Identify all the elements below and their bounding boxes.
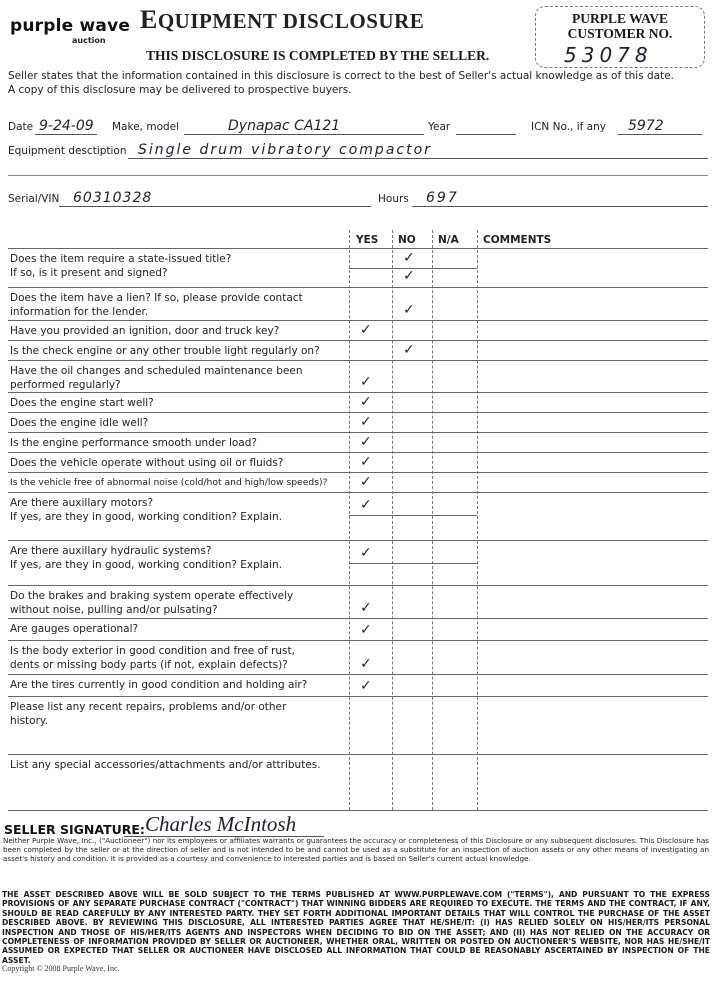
date-field[interactable]: 9-24-09 — [35, 118, 97, 135]
question-text: Is the engine performance smooth under l… — [10, 436, 257, 450]
check-mark-icon: ✓ — [360, 622, 372, 638]
serial-field[interactable]: 60310328 — [59, 190, 371, 207]
check-mark-icon: ✓ — [403, 268, 415, 284]
answer-cell-yes-followup[interactable] — [349, 268, 392, 287]
answer-cell-na[interactable] — [432, 340, 477, 360]
description-label: Equipment desctiption — [8, 145, 127, 157]
question-text: Are gauges operational? — [10, 622, 138, 636]
answer-cell-no[interactable] — [392, 492, 432, 515]
answer-cell-na[interactable] — [432, 360, 477, 392]
icn-label: ICN No., if any — [531, 121, 606, 133]
icn-field[interactable]: 5972 — [618, 118, 702, 135]
answer-cell-yes[interactable] — [349, 287, 392, 320]
answer-cell-na-followup[interactable] — [432, 268, 477, 287]
answer-cell-no[interactable] — [392, 754, 432, 810]
comments-cell[interactable] — [479, 640, 710, 674]
question-text: Does the item have a lien? If so, please… — [10, 291, 303, 319]
answer-cell-na[interactable] — [432, 640, 477, 674]
question-text: Are there auxillary motors?If yes, are t… — [10, 496, 282, 524]
disclaimer-text: Neither Purple Wave, Inc., ("Auctioneer"… — [3, 836, 709, 864]
answer-cell-yes[interactable]: ✓ — [349, 618, 392, 640]
date-label: Date — [8, 121, 33, 133]
question-text: Are there auxillary hydraulic systems?If… — [10, 544, 282, 572]
comments-cell[interactable] — [479, 452, 710, 472]
check-mark-icon: ✓ — [360, 374, 372, 390]
answer-cell-na[interactable] — [432, 412, 477, 432]
comments-cell[interactable] — [479, 320, 710, 340]
answer-cell-na[interactable] — [432, 618, 477, 640]
hours-field[interactable]: 697 — [412, 190, 708, 207]
answer-cell-no[interactable] — [392, 585, 432, 618]
question-text: Is the body exterior in good condition a… — [10, 644, 295, 672]
question-text: Please list any recent repairs, problems… — [10, 700, 286, 728]
check-mark-icon: ✓ — [403, 302, 415, 318]
comments-cell[interactable] — [479, 754, 710, 810]
answer-cell-na[interactable] — [432, 320, 477, 340]
question-text: Is the check engine or any other trouble… — [10, 344, 320, 358]
answer-cell-no[interactable] — [392, 320, 432, 340]
answer-cell-na[interactable] — [432, 540, 477, 563]
comments-cell[interactable] — [479, 618, 710, 640]
comments-cell[interactable] — [479, 674, 710, 696]
answer-cell-na[interactable] — [432, 696, 477, 754]
comments-cell[interactable] — [479, 340, 710, 360]
comments-cell[interactable] — [479, 248, 710, 287]
answer-cell-na[interactable] — [432, 432, 477, 452]
check-mark-icon: ✓ — [360, 678, 372, 694]
question-text: Does the engine idle well? — [10, 416, 148, 430]
check-mark-icon: ✓ — [360, 322, 372, 338]
answer-cell-no[interactable] — [392, 432, 432, 452]
answer-cell-yes[interactable] — [349, 696, 392, 754]
col-header-no: NO — [398, 234, 416, 246]
question-text: Have the oil changes and scheduled maint… — [10, 364, 302, 392]
copyright: Copyright © 2008 Purple Wave, Inc. — [2, 964, 120, 973]
answer-cell-no[interactable] — [392, 392, 432, 412]
answer-cell-no[interactable]: ✓ — [392, 287, 432, 320]
answer-cell-yes[interactable]: ✓ — [349, 585, 392, 618]
question-text: List any special accessories/attachments… — [10, 758, 321, 772]
description-line-2 — [8, 175, 708, 176]
col-header-na: N/A — [438, 234, 459, 246]
comments-cell[interactable] — [479, 585, 710, 618]
check-mark-icon: ✓ — [360, 656, 372, 672]
answer-cell-na[interactable] — [432, 754, 477, 810]
year-label: Year — [428, 121, 450, 133]
check-mark-icon: ✓ — [360, 474, 372, 490]
answer-cell-no[interactable] — [392, 640, 432, 674]
answer-cell-yes[interactable]: ✓ — [349, 432, 392, 452]
comments-cell[interactable] — [479, 287, 710, 320]
customer-box-label-1: PURPLE WAVE — [536, 11, 704, 26]
description-field[interactable]: Single drum vibratory compactor — [128, 142, 708, 159]
answer-cell-yes[interactable]: ✓ — [349, 674, 392, 696]
check-mark-icon: ✓ — [360, 497, 372, 513]
signature-label: SELLER SIGNATURE: — [4, 822, 145, 837]
hours-label: Hours — [378, 193, 409, 205]
comments-cell[interactable] — [479, 432, 710, 452]
customer-number-value[interactable]: 53078 — [564, 43, 653, 67]
answer-cell-no[interactable] — [392, 360, 432, 392]
check-mark-icon: ✓ — [403, 250, 415, 266]
answer-cell-no[interactable] — [392, 412, 432, 432]
comments-cell[interactable] — [479, 360, 710, 392]
answer-cell-yes[interactable]: ✓ — [349, 472, 392, 492]
answer-cell-yes[interactable] — [349, 248, 392, 268]
answer-cell-no[interactable] — [392, 452, 432, 472]
answer-cell-yes-followup[interactable] — [349, 563, 392, 585]
terms-text: THE ASSET DESCRIBED ABOVE WILL BE SOLD S… — [2, 890, 710, 965]
question-text: Do the brakes and braking system operate… — [10, 589, 293, 617]
answer-cell-na[interactable] — [432, 287, 477, 320]
comments-cell[interactable] — [479, 412, 710, 432]
answer-cell-yes[interactable] — [349, 340, 392, 360]
answer-cell-no-followup[interactable]: ✓ — [392, 268, 432, 287]
answer-cell-na-followup[interactable] — [432, 515, 477, 540]
row-divider — [8, 810, 708, 811]
answer-cell-na[interactable] — [432, 392, 477, 412]
question-text: Does the engine start well? — [10, 396, 154, 410]
answer-cell-yes[interactable]: ✓ — [349, 640, 392, 674]
question-text: Does the vehicle operate without using o… — [10, 456, 283, 470]
answer-cell-yes[interactable]: ✓ — [349, 540, 392, 563]
answer-cell-na[interactable] — [432, 492, 477, 515]
seller-signature[interactable]: Charles McIntosh — [145, 812, 296, 837]
comments-cell[interactable] — [479, 392, 710, 412]
question-text: Does the item require a state-issued tit… — [10, 252, 231, 280]
answer-cell-yes[interactable]: ✓ — [349, 360, 392, 392]
answer-cell-no[interactable]: ✓ — [392, 340, 432, 360]
answer-cell-na[interactable] — [432, 452, 477, 472]
answer-cell-no[interactable] — [392, 696, 432, 754]
answer-cell-na-followup[interactable] — [432, 563, 477, 585]
answer-cell-yes[interactable] — [349, 754, 392, 810]
question-text: Have you provided an ignition, door and … — [10, 324, 279, 338]
check-mark-icon: ✓ — [360, 414, 372, 430]
comments-cell[interactable] — [479, 696, 710, 754]
answer-cell-na[interactable] — [432, 472, 477, 492]
make-model-field[interactable]: Dynapac CA121 — [184, 118, 424, 135]
year-field[interactable] — [456, 118, 516, 135]
answer-cell-no[interactable] — [392, 618, 432, 640]
answer-cell-yes[interactable]: ✓ — [349, 392, 392, 412]
answer-cell-na[interactable] — [432, 674, 477, 696]
answer-cell-yes[interactable]: ✓ — [349, 320, 392, 340]
check-mark-icon: ✓ — [360, 454, 372, 470]
check-mark-icon: ✓ — [360, 545, 372, 561]
comments-cell[interactable] — [479, 540, 710, 585]
logo: purple wave — [10, 16, 130, 36]
answer-cell-yes[interactable]: ✓ — [349, 412, 392, 432]
check-mark-icon: ✓ — [360, 394, 372, 410]
customer-box-label-2: CUSTOMER NO. — [536, 26, 704, 41]
check-mark-icon: ✓ — [360, 434, 372, 450]
check-mark-icon: ✓ — [360, 600, 372, 616]
intro-statement: Seller states that the information conta… — [8, 69, 708, 97]
answer-cell-no[interactable] — [392, 674, 432, 696]
answer-cell-yes[interactable]: ✓ — [349, 492, 392, 515]
col-header-comments: COMMENTS — [483, 234, 551, 246]
answer-cell-no[interactable]: ✓ — [392, 248, 432, 268]
page-subtitle: THIS DISCLOSURE IS COMPLETED BY THE SELL… — [146, 48, 489, 64]
comments-cell[interactable] — [479, 492, 710, 540]
answer-cell-no[interactable] — [392, 472, 432, 492]
answer-cell-no-followup[interactable] — [392, 563, 432, 585]
answer-cell-no-followup[interactable] — [392, 515, 432, 540]
answer-cell-na[interactable] — [432, 585, 477, 618]
answer-cell-na[interactable] — [432, 248, 477, 268]
make-model-label: Make, model — [112, 121, 179, 133]
answer-cell-no[interactable] — [392, 540, 432, 563]
answer-cell-yes[interactable]: ✓ — [349, 452, 392, 472]
page-title: EQUIPMENT DISCLOSURE — [140, 5, 424, 35]
answer-cell-yes-followup[interactable] — [349, 515, 392, 540]
serial-label: Serial/VIN — [8, 193, 59, 205]
customer-number-box: PURPLE WAVE CUSTOMER NO. 53078 — [535, 6, 705, 68]
comments-cell[interactable] — [479, 472, 710, 492]
question-text: Is the vehicle free of abnormal noise (c… — [10, 476, 327, 490]
col-header-yes: YES — [356, 234, 378, 246]
check-mark-icon: ✓ — [403, 342, 415, 358]
question-text: Are the tires currently in good conditio… — [10, 678, 307, 692]
logo-subtext: auction — [72, 36, 106, 45]
